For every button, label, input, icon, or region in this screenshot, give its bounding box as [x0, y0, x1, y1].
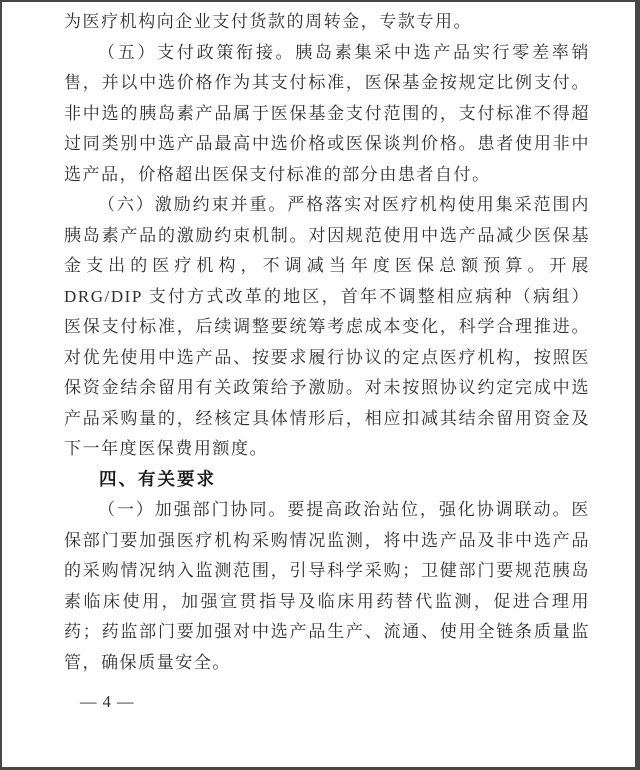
- document-body: 为医疗机构向企业支付货款的周转金，专款专用。 （五）支付政策衔接。胰岛素集采中选…: [64, 7, 590, 678]
- document-page: 为医疗机构向企业支付货款的周转金，专款专用。 （五）支付政策衔接。胰岛素集采中选…: [0, 0, 640, 770]
- paragraph-item-5-payment-policy: （五）支付政策衔接。胰岛素集采中选产品实行零差率销售，并以中选价格作为其支付标准…: [64, 38, 590, 191]
- section-heading-requirements: 四、有关要求: [64, 465, 590, 496]
- page-number: — 4 —: [80, 692, 135, 712]
- paragraph-continuation: 为医疗机构向企业支付货款的周转金，专款专用。: [64, 7, 590, 38]
- paragraph-item-1-coordination: （一）加强部门协同。要提高政治站位，强化协调联动。医保部门要加强医疗机构采购情况…: [64, 495, 590, 678]
- paragraph-item-6-incentives: （六）激励约束并重。严格落实对医疗机构使用集采范围内胰岛素产品的激励约束机制。对…: [64, 190, 590, 465]
